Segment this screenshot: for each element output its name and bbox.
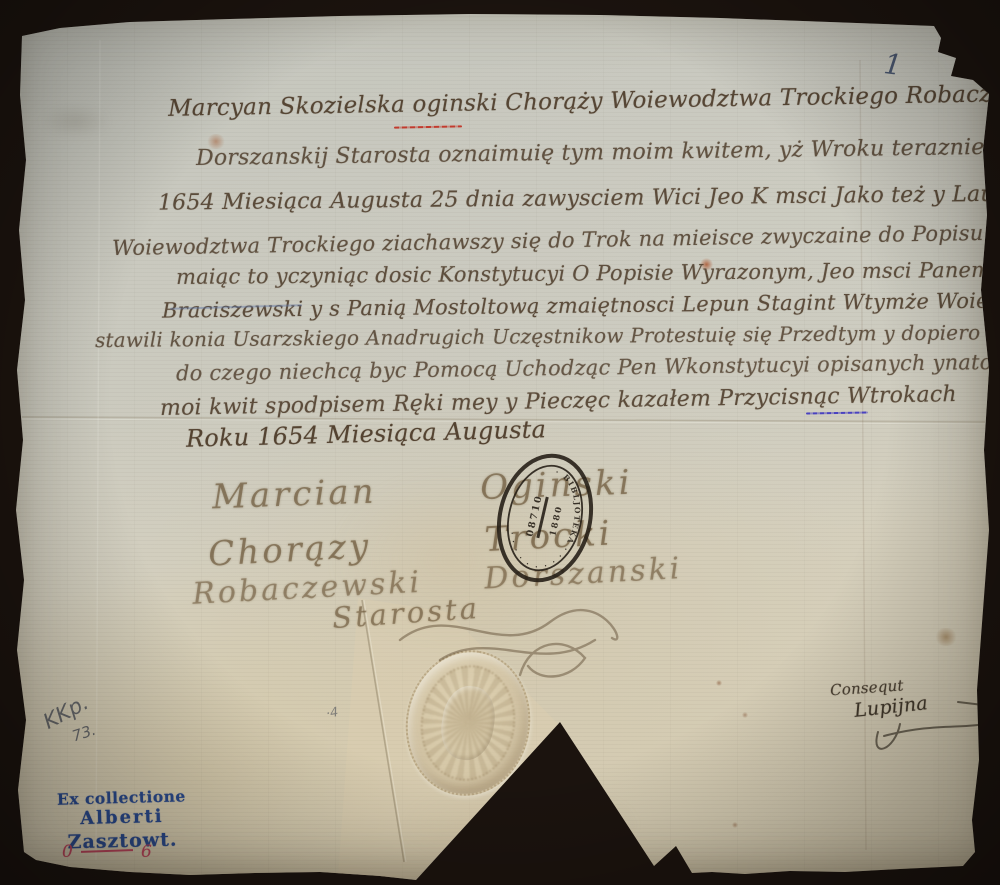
stain bbox=[716, 680, 722, 686]
manuscript-line-10: Roku 1654 Miesiąca Augusta bbox=[186, 415, 547, 452]
manuscript-line-1: Marcyan Skozielska oginski Chorąży Woiew… bbox=[168, 80, 1000, 122]
archival-scan-canvas: 1 Marcyan Skozielska oginski Chorąży Woi… bbox=[0, 0, 1000, 885]
red-mark-right: 6 bbox=[141, 842, 152, 862]
water-stain bbox=[400, 780, 640, 870]
stain bbox=[742, 712, 748, 718]
signature-flourish bbox=[380, 580, 660, 690]
paper-sheet: 1 Marcyan Skozielska oginski Chorąży Woi… bbox=[0, 0, 1000, 885]
shelfmark-number: 73. bbox=[70, 721, 98, 745]
smudge bbox=[40, 104, 110, 138]
stamp-number-bottom: 1880 bbox=[548, 504, 565, 537]
stain bbox=[732, 822, 738, 828]
red-underline-oginski bbox=[394, 125, 462, 128]
annotation-flourish bbox=[840, 692, 1000, 782]
page-number: 1 bbox=[882, 47, 904, 82]
pencil-small-mark: ·4 bbox=[325, 705, 340, 722]
manuscript-line-2: Dorszanskij Starosta oznaimuię tym moim … bbox=[196, 134, 1000, 171]
red-mark-line bbox=[81, 849, 133, 852]
manuscript-line-5: maiąc to yczyniąc dosic Konstytucyi O Po… bbox=[176, 257, 1000, 289]
manuscript-line-4: Woiewodztwa Trockiego ziachawszy się do … bbox=[112, 220, 1000, 260]
red-mark-left: 0 bbox=[62, 842, 73, 862]
manuscript-line-8: do czego niechcą byc Pomocą Uchodząc Pen… bbox=[176, 349, 1000, 386]
blue-underline-wtrokach bbox=[806, 411, 868, 414]
red-inventory-mark: 0 6 bbox=[62, 842, 152, 862]
manuscript-line-9: moi kwit spodpisem Ręki mey y Pieczęc ka… bbox=[160, 382, 957, 421]
manuscript-line-7: stawili konia Usarzskiego Anadrugich Ucz… bbox=[95, 320, 1000, 352]
stain bbox=[934, 628, 958, 646]
manuscript-line-3: 1654 Miesiąca Augusta 25 dnia zawysciem … bbox=[158, 181, 1000, 215]
